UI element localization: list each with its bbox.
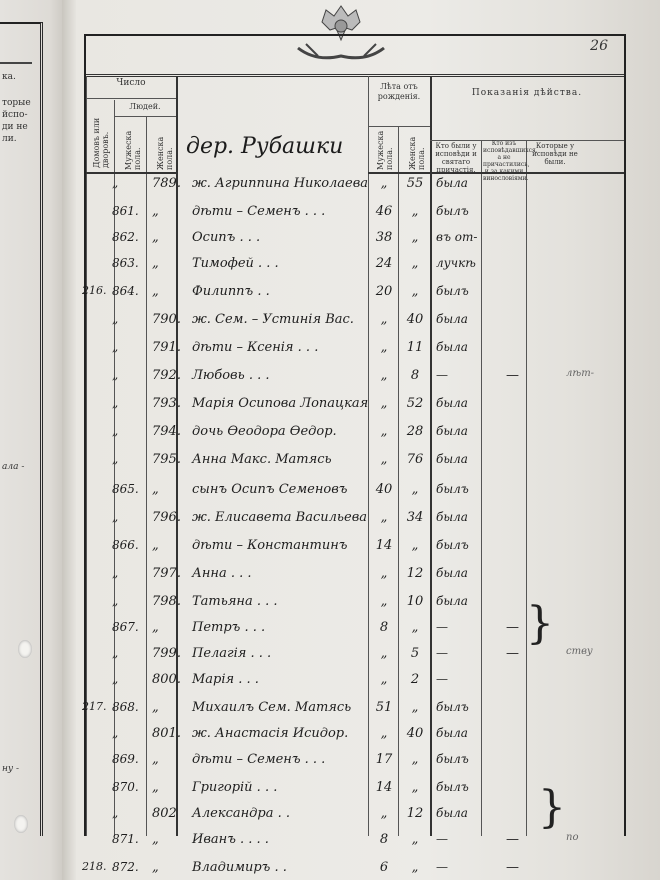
age-female: „ xyxy=(402,204,428,219)
male-number: „ xyxy=(112,594,142,608)
male-number: 867. xyxy=(112,620,142,634)
female-number: „ xyxy=(152,204,182,219)
table-row: „ 800. Марія . . . „ 2 — xyxy=(86,672,624,696)
age-male: 6 xyxy=(372,860,396,875)
male-number: „ xyxy=(112,176,142,190)
male-number: „ xyxy=(112,672,142,686)
header-rule xyxy=(114,116,176,117)
female-number: 800. xyxy=(152,672,182,687)
page-number: 26 xyxy=(590,38,608,54)
age-male: „ xyxy=(372,594,396,609)
person-name: дѣти – Семенъ . . . xyxy=(192,752,382,767)
table-row: 217. 868. „ Михаилъ Сем. Матясь 51 „ был… xyxy=(86,700,624,724)
age-male: 8 xyxy=(372,620,396,635)
female-number: 799. xyxy=(152,646,182,661)
male-number: 861. xyxy=(112,204,142,218)
age-female: 28 xyxy=(402,424,428,439)
male-number: „ xyxy=(112,340,142,354)
header-status: Показанія дѣйства. xyxy=(430,88,624,98)
status-absent-note: по xyxy=(566,832,620,843)
female-number: 796. xyxy=(152,510,182,525)
person-name: ж. Сем. – Устинія Вас. xyxy=(192,312,382,327)
table-row: 869. „ дѣти – Семенъ . . . 17 „ былъ xyxy=(86,752,624,776)
status-confessed: былъ xyxy=(436,482,490,496)
age-female: „ xyxy=(402,230,428,245)
table-row: „ 799. Пелагія . . . „ 5 — — ству xyxy=(86,646,624,670)
female-number: „ xyxy=(152,860,182,875)
status-confessed: была xyxy=(436,452,490,466)
age-female: 8 xyxy=(402,368,428,383)
status-confessed: былъ xyxy=(436,538,490,552)
table-row: „ 789. ж. Агриппина Николаева „ 55 была xyxy=(86,176,624,200)
header-top-rule xyxy=(86,74,624,77)
previous-page-header-rule xyxy=(0,62,32,64)
status-confessed: — xyxy=(436,646,490,660)
table-row: 861. „ дѣти – Семенъ . . . 46 „ былъ xyxy=(86,204,624,228)
person-name: Григорій . . . xyxy=(192,780,382,795)
status-confessed: — xyxy=(436,672,490,686)
female-number: „ xyxy=(152,620,182,635)
register-page: 26 Число Людей. Домовъ или дворовъ. Муже… xyxy=(76,0,660,880)
female-number: „ xyxy=(152,752,182,767)
person-name: Осипъ . . . xyxy=(192,230,382,245)
age-male: „ xyxy=(372,424,396,439)
household-number: 218. xyxy=(82,860,110,873)
male-number: „ xyxy=(112,566,142,580)
age-female: 2 xyxy=(402,672,428,687)
male-number: 862. xyxy=(112,230,142,244)
male-number: „ xyxy=(112,510,142,524)
previous-page-margin-note: ну - xyxy=(2,764,19,775)
age-male: 14 xyxy=(372,538,396,553)
age-female: „ xyxy=(402,860,428,875)
header-age: Лѣта отъ рожденія. xyxy=(368,82,430,102)
age-male: „ xyxy=(372,396,396,411)
table-row: 216. 864. „ Филиппъ . . 20 „ былъ xyxy=(86,284,624,308)
female-number: „ xyxy=(152,256,182,271)
female-number: „ xyxy=(152,284,182,299)
age-male: 20 xyxy=(372,284,396,299)
age-female: „ xyxy=(402,780,428,795)
male-number: 865. xyxy=(112,482,142,496)
age-male: „ xyxy=(372,368,396,383)
status-confessed: была xyxy=(436,510,490,524)
person-name: Анна . . . xyxy=(192,566,382,581)
age-female: 5 xyxy=(402,646,428,661)
status-confessed: была xyxy=(436,340,490,354)
status-confessed: былъ xyxy=(436,284,490,298)
table-row: 865. „ сынъ Осипъ Семеновъ 40 „ былъ xyxy=(86,482,624,506)
status-confessed: была xyxy=(436,566,490,580)
female-number: 797. xyxy=(152,566,182,581)
person-name: дѣти – Ксенія . . . xyxy=(192,340,382,355)
age-male: 17 xyxy=(372,752,396,767)
status-absent-note: лѣт- xyxy=(566,368,620,379)
age-female: „ xyxy=(402,752,428,767)
status-confessed: былъ xyxy=(436,700,490,714)
status-confessed: — xyxy=(436,832,490,846)
header-female: Женска пола. xyxy=(156,122,174,170)
status-confessed: была xyxy=(436,424,490,438)
table-row: 866. „ дѣти – Константинъ 14 „ былъ xyxy=(86,538,624,562)
status-confessed: была xyxy=(436,396,490,410)
age-male: 38 xyxy=(372,230,396,245)
person-name: дѣти – Константинъ xyxy=(192,538,382,553)
table-row: „ 790. ж. Сем. – Устинія Вас. „ 40 была xyxy=(86,312,624,336)
age-male: 46 xyxy=(372,204,396,219)
male-number: „ xyxy=(112,368,142,382)
table-row: „ 792. Любовь . . . „ 8 — — лѣт- xyxy=(86,368,624,392)
age-male: „ xyxy=(372,452,396,467)
female-number: 801. xyxy=(152,726,182,741)
age-male: „ xyxy=(372,176,396,191)
status-confessed: была xyxy=(436,312,490,326)
table-row: 218. 872. „ Владимиръ . . 6 „ — — xyxy=(86,860,624,880)
header-bottom-rule xyxy=(86,172,176,174)
header-rule xyxy=(368,126,430,127)
age-female: 76 xyxy=(402,452,428,467)
status-confessed: былъ xyxy=(436,752,490,766)
person-name: Пелагія . . . xyxy=(192,646,382,661)
age-female: 40 xyxy=(402,726,428,741)
male-number: „ xyxy=(112,396,142,410)
previous-page-margin-note: ала - xyxy=(2,462,24,473)
table-row: „ 796. ж. Елисавета Васильева „ 34 была xyxy=(86,510,624,534)
status-confessed-only: — xyxy=(506,368,560,383)
age-female: 11 xyxy=(402,340,428,355)
previous-page-column-fragment: торые xyxy=(2,98,31,109)
household-number: 216. xyxy=(82,284,110,297)
table-row: „ 797. Анна . . . „ 12 была xyxy=(86,566,624,590)
person-name: Татьяна . . . xyxy=(192,594,382,609)
age-male: „ xyxy=(372,806,396,821)
header-male: Мужеска пола. xyxy=(124,122,142,170)
header-rule xyxy=(430,140,624,141)
status-confessed: — xyxy=(436,368,490,382)
male-number: 870. xyxy=(112,780,142,794)
age-female: 12 xyxy=(402,566,428,581)
header-age-female: Женска пола. xyxy=(408,130,426,170)
male-number: „ xyxy=(112,806,142,820)
male-number: 869. xyxy=(112,752,142,766)
male-number: „ xyxy=(112,312,142,326)
status-confessed: лучкѣ xyxy=(436,256,490,270)
age-female: 10 xyxy=(402,594,428,609)
table-row: 863. „ Тимофей . . . 24 „ лучкѣ xyxy=(86,256,624,280)
male-number: 868. xyxy=(112,700,142,714)
table-row: 871. „ Иванъ . . . . 8 „ — — по xyxy=(86,832,624,856)
female-number: „ xyxy=(152,538,182,553)
age-female: „ xyxy=(402,700,428,715)
previous-page-column-fragment: ли. xyxy=(2,134,17,145)
age-male: 24 xyxy=(372,256,396,271)
female-number: 791. xyxy=(152,340,182,355)
age-female: 12 xyxy=(402,806,428,821)
status-confessed: была xyxy=(436,176,490,190)
age-female: „ xyxy=(402,620,428,635)
header-status-confessed: Кто были у исповѣди и святаго причастія. xyxy=(432,142,480,174)
previous-page-edge: ка. торые йспо- ди не ли. ала - ну - xyxy=(0,0,62,880)
age-female: 40 xyxy=(402,312,428,327)
person-name: Петръ . . . xyxy=(192,620,382,635)
person-name: Анна Макс. Матясь xyxy=(192,452,382,467)
household-number: 217. xyxy=(82,700,110,713)
binding-hole xyxy=(14,815,28,833)
male-number: „ xyxy=(112,452,142,466)
male-number: 871. xyxy=(112,832,142,846)
previous-page-column-fragment: йспо- xyxy=(2,110,28,121)
village-title: дер. Рубашки xyxy=(186,134,343,159)
age-male: „ xyxy=(372,672,396,687)
age-male: „ xyxy=(372,566,396,581)
female-number: 789. xyxy=(152,176,182,191)
table-row: „ 795. Анна Макс. Матясь „ 76 была xyxy=(86,452,624,476)
person-name: дочь Өеодора Өедор. xyxy=(192,424,382,439)
header-rule xyxy=(86,98,176,99)
table-row: „ 801. ж. Анастасія Исидор. „ 40 была xyxy=(86,726,624,750)
header-households: Домовъ или дворовъ. xyxy=(92,106,110,168)
person-name: Любовь . . . xyxy=(192,368,382,383)
age-female: 55 xyxy=(402,176,428,191)
age-female: „ xyxy=(402,832,428,847)
age-male: „ xyxy=(372,510,396,525)
table-row: „ 794. дочь Өеодора Өедор. „ 28 была xyxy=(86,424,624,448)
age-female: 52 xyxy=(402,396,428,411)
table-row: 862. „ Осипъ . . . 38 „ въ от- xyxy=(86,230,624,254)
female-number: „ xyxy=(152,780,182,795)
status-confessed-only: — xyxy=(506,860,560,875)
person-name: Александра . . xyxy=(192,806,382,821)
female-number: 795. xyxy=(152,452,182,467)
person-name: Владимиръ . . xyxy=(192,860,382,875)
header-people: Людей. xyxy=(114,102,176,112)
grouping-brace: } xyxy=(526,602,554,646)
person-name: ж. Агриппина Николаева xyxy=(192,176,382,191)
age-female: „ xyxy=(402,284,428,299)
male-number: 864. xyxy=(112,284,142,298)
person-name: Филиппъ . . xyxy=(192,284,382,299)
status-confessed: былъ xyxy=(436,780,490,794)
previous-page-column-fragment: ди не xyxy=(2,122,28,133)
person-name: Марія . . . xyxy=(192,672,382,687)
person-name: Марія Осипова Лопацкая xyxy=(192,396,382,411)
previous-page-header-fragment: ка. xyxy=(2,72,16,83)
male-number: „ xyxy=(112,726,142,740)
status-absent-note: ству xyxy=(566,646,620,657)
male-number: 872. xyxy=(112,860,142,874)
table-row: „ 793. Марія Осипова Лопацкая „ 52 была xyxy=(86,396,624,420)
status-confessed-only: — xyxy=(506,832,560,847)
person-name: дѣти – Семенъ . . . xyxy=(192,204,382,219)
female-number: 802 xyxy=(152,806,182,821)
person-name: ж. Елисавета Васильева xyxy=(192,510,382,525)
header-number: Число xyxy=(86,78,176,88)
age-male: „ xyxy=(372,340,396,355)
female-number: „ xyxy=(152,482,182,497)
grouping-brace: } xyxy=(538,786,566,830)
male-number: „ xyxy=(112,424,142,438)
register-table: 26 Число Людей. Домовъ или дворовъ. Муже… xyxy=(84,34,626,836)
age-female: „ xyxy=(402,256,428,271)
header-status-absent: Которые у исповѣди не были. xyxy=(528,142,582,166)
female-number: 793. xyxy=(152,396,182,411)
female-number: 798. xyxy=(152,594,182,609)
age-male: „ xyxy=(372,312,396,327)
status-confessed: въ от- xyxy=(436,230,490,244)
table-row: „ 791. дѣти – Ксенія . . . „ 11 была xyxy=(86,340,624,364)
status-confessed: — xyxy=(436,620,490,634)
person-name: Михаилъ Сем. Матясь xyxy=(192,700,382,715)
age-male: „ xyxy=(372,646,396,661)
book-gutter xyxy=(62,0,76,880)
person-name: ж. Анастасія Исидор. xyxy=(192,726,382,741)
male-number: „ xyxy=(112,646,142,660)
status-confessed: была xyxy=(436,594,490,608)
age-male: 40 xyxy=(372,482,396,497)
person-name: Иванъ . . . . xyxy=(192,832,382,847)
female-number: „ xyxy=(152,832,182,847)
header-age-male: Мужеска пола. xyxy=(376,130,394,170)
age-male: „ xyxy=(372,726,396,741)
male-number: 866. xyxy=(112,538,142,552)
person-name: сынъ Осипъ Семеновъ xyxy=(192,482,382,497)
binding-hole xyxy=(18,640,32,658)
age-male: 51 xyxy=(372,700,396,715)
female-number: „ xyxy=(152,230,182,245)
female-number: 792. xyxy=(152,368,182,383)
male-number: 863. xyxy=(112,256,142,270)
age-female: „ xyxy=(402,482,428,497)
status-confessed: — xyxy=(436,860,490,874)
person-name: Тимофей . . . xyxy=(192,256,382,271)
female-number: 790. xyxy=(152,312,182,327)
age-male: 14 xyxy=(372,780,396,795)
age-female: „ xyxy=(402,538,428,553)
status-confessed: была xyxy=(436,726,490,740)
status-confessed: была xyxy=(436,806,490,820)
age-female: 34 xyxy=(402,510,428,525)
age-male: 8 xyxy=(372,832,396,847)
female-number: „ xyxy=(152,700,182,715)
status-confessed: былъ xyxy=(436,204,490,218)
female-number: 794. xyxy=(152,424,182,439)
